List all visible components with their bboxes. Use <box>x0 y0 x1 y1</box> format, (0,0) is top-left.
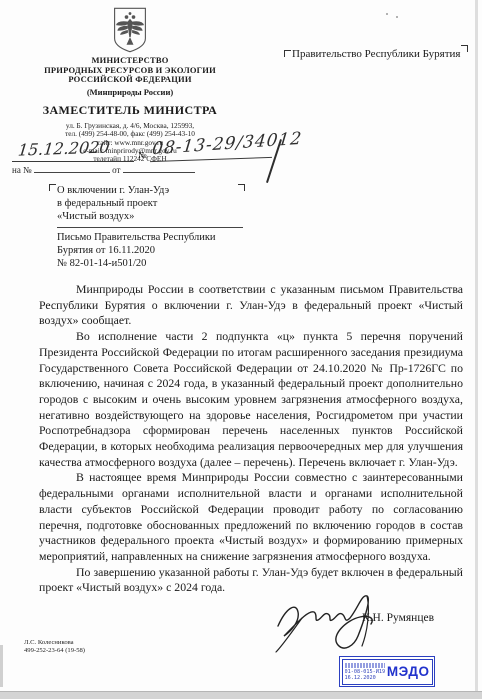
stamp-label: МЭДО <box>387 664 430 679</box>
ministry-name-line: РОССИЙСКОЙ ФЕДЕРАЦИИ <box>10 75 250 85</box>
date-underline <box>12 161 134 162</box>
executor-name: Л.С. Колесникова <box>24 639 85 647</box>
subject-corner-mark <box>49 184 56 191</box>
body-paragraph: В настоящее время Минприроды России совм… <box>39 470 463 564</box>
russian-coat-of-arms-icon <box>109 6 151 54</box>
stamp-microtext <box>345 663 385 668</box>
scan-dot-artifact <box>386 13 388 15</box>
executor-block: Л.С. Колесникова 499-252-23-64 (19-58) <box>24 639 85 655</box>
subject-line: в федеральный проект <box>57 197 245 210</box>
reply-na-label: на № <box>12 165 32 175</box>
position-title: ЗАМЕСТИТЕЛЬ МИНИСТРА <box>10 103 250 118</box>
reference-line: Письмо Правительства Республики <box>57 231 245 244</box>
addressee: Правительство Республики Бурятия <box>292 48 468 60</box>
reply-date-blank <box>123 164 195 173</box>
reply-ot-label: от <box>112 165 120 175</box>
signer-name: К.Н. Румянцев <box>362 612 434 624</box>
number-sign: № <box>138 150 147 160</box>
scan-bottom-edge <box>0 691 482 699</box>
subject-line: «Чистый воздух» <box>57 210 245 223</box>
addressee-corner-mark <box>284 50 291 57</box>
medo-stamp: 01-08-015-И19649/20 16.12.2020 МЭДО <box>339 656 435 687</box>
subject-divider <box>57 227 243 228</box>
scan-right-edge <box>475 0 478 692</box>
stamp-date: 16.12.2020 <box>345 675 385 681</box>
subject-block: О включении г. Улан-Удэ в федеральный пр… <box>57 184 245 270</box>
scan-left-artifact <box>0 645 3 687</box>
outgoing-date-handwritten: 15.12.2020 <box>17 137 111 159</box>
letter-body: Минприроды России в соответствии с указа… <box>39 282 463 596</box>
reference-line: № 82-01-14-и501/20 <box>57 257 245 270</box>
reference-line: Бурятия от 16.11.2020 <box>57 244 245 257</box>
scan-dot-artifact <box>396 16 398 18</box>
body-paragraph: Во исполнение части 2 подпункта «ц» пунк… <box>39 329 463 470</box>
reply-reference-line: на № от <box>12 164 195 175</box>
scanned-letter-page: МИНИСТЕРСТВО ПРИРОДНЫХ РЕСУРСОВ И ЭКОЛОГ… <box>0 0 482 699</box>
reply-number-blank <box>34 164 110 173</box>
stamp-number: 01-08-015-И19649/20 <box>345 669 385 675</box>
body-paragraph: Минприроды России в соответствии с указа… <box>39 282 463 329</box>
subject-line: О включении г. Улан-Удэ <box>57 184 245 197</box>
executor-phone: 499-252-23-64 (19-58) <box>24 647 85 655</box>
ministry-short-name: (Минприроды России) <box>10 87 250 97</box>
